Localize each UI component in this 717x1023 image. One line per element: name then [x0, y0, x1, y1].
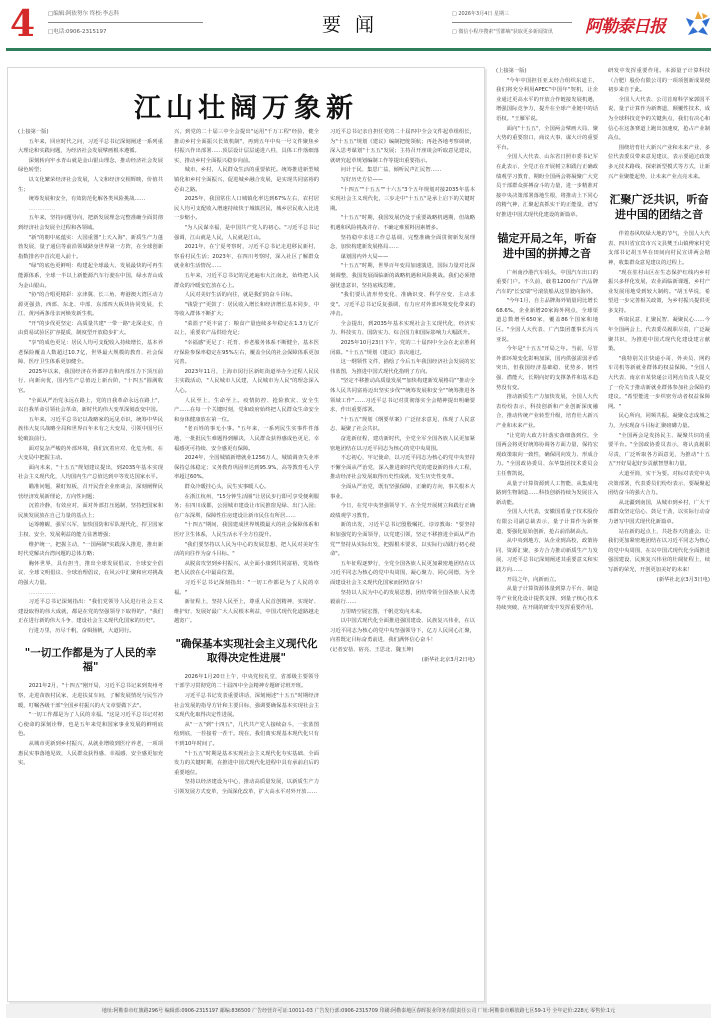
section-subheading: "一切工作都是为了人民的幸福": [18, 646, 163, 674]
paragraph: 面向未来，"十五五"规划建议提出，到2035年基本实现社会主义现代化，人均国内生…: [18, 464, 163, 483]
article-headline: 江山壮阔万象新: [8, 86, 484, 125]
paragraph: 2024年，全国城镇新增就业1256万人，城镇调查失业率保持总体稳定；义务教育巩…: [174, 454, 319, 483]
paragraph: 全国人大代表、公司首席科学家郭国平说，量子计算作为新赛道，颠覆性技术，成为全球科…: [608, 96, 710, 144]
paragraph: 今年是"十五五"开局之年。当前，尽管外部环境变化影响加深，国内供强需弱矛盾突出，…: [496, 345, 598, 393]
paragraph: ……………: [18, 589, 163, 599]
paragraph: 推动新质生产力加快发展，全国人大代表纷纷表示，科技创新和产业创新深度融合，推动传…: [496, 393, 598, 431]
paragraph: "新"的朝中底蕴实：大国重器"上天入海"，新质生产力蓬勃发展，量子通信等前沿领域…: [18, 234, 163, 263]
paragraph: 群众冷暖挂心头，民生实事暖人心。: [174, 483, 319, 493]
paragraph: 以中国式现代化全面推进强国建设、民族复兴伟业，在以习近平同志为核心的党中央坚强领…: [330, 617, 475, 646]
paragraph: 全国人大代表、山东省日照市委书记军在此表示，全党正在开展树立和践行正确政绩观学习…: [496, 153, 598, 220]
paragraph: 深刻转向牢水青山就是金山银山理念，推动经济社会发展绿色转型；: [18, 157, 163, 176]
paragraph: 研发中发挥重要作用。本源量子计算科技（合肥）股份有限公司的一项项创新成果便初步来…: [608, 67, 710, 96]
article-column-1: (上接第一版)五年来，回应时代之问，习近平总书记深刻阐述一系列重大理论和实践问题…: [18, 128, 163, 994]
paragraph: 坚持稳中求进工作总基调，完整准确全面贯彻新发展理念，加快构建新发展格局……: [330, 234, 475, 253]
paragraph: "开"的步伐更坚定：高质量共建"一带一路"走深走实，自由贸易试验区扩容提质，制度…: [18, 320, 163, 339]
footer-info: 地址:阿勒泰市红旗路296号 编辑部:0906-2315197 邮编:83650…: [6, 1004, 711, 1018]
paragraph: 面对复杂严峻的外部环境，我们沉着应对、化危为机，在大变局中把握主动。: [18, 445, 163, 464]
paragraph: "钱袋子"更鼓了：居民收入增长和经济增长基本同步，中等收入群体不断扩大；: [174, 301, 319, 320]
paragraph: 行进万里，历尽千帆，奋楫扬帆，大道同行。: [18, 627, 163, 637]
paragraph: 以文化繁荣经济社会发展，人文和经济交相辉映，价值共生；: [18, 176, 163, 195]
paragraph: 坚持以人民为中心的发展思想，团结带领全国各族人民勇毅前行……: [330, 589, 475, 608]
paragraph: "十四五"期间，我国建成世界规模最大的社会保障体系和医疗卫生体系，人民生活水平全…: [174, 521, 319, 540]
paragraph: 新的出发，习近平总书记殷殷嘱托，谆谆教诲："要坚持和加强党的全面领导，以党建引领…: [330, 521, 475, 559]
paragraph: 从量子计算资源体量到算力平台、制造等产业优化设计提供支撑，到量子核心技术持续突破…: [496, 585, 598, 614]
paragraph: 听取民意、汇聚民智、凝聚民心……今年全国两会上，代表委员履职尽责，广泛凝聚共识，…: [608, 316, 710, 354]
paragraph: 习近平总书记发表重要讲话，深刻阐述"十五五"时期经济社会发展的指导方针和主要目标…: [174, 692, 319, 721]
phone-line: □电话:0906-2315197: [48, 26, 203, 38]
paragraph: 站在新的起点上，共赴春天的盛会。让我们更加紧密地团结在以习近平同志为核心的党中央…: [608, 528, 710, 576]
paragraph: "一切工作都是为了人民的幸福。"这是习近平总书记对初心使命的深刻诠释，也是五年来…: [18, 711, 163, 740]
paragraph: 在浙江杭州，"15分钟生活圈"让居民步行即可享受便利服务；在四川成都，公园城市建…: [174, 493, 319, 522]
paragraph: "十五五"时期是基本实现社会主义现代化夯实基础、全面发力的关键时期，在推进中国式…: [174, 750, 319, 779]
newspaper-logo-text: 阿勒泰日报: [585, 12, 665, 37]
paragraph: "幸福感"更足了：托育、养老服务体系不断健全，基本医疗保险参保率稳定在95%左右…: [174, 339, 319, 368]
paragraph: "我们要坚持以人民为中心的发展思想，把人民对美好生活的向往作为奋斗目标。": [174, 541, 319, 560]
paragraph: 习近平总书记亲自担任党的二十届四中全会文件起草组组长，为"十五五"规划《建议》编…: [330, 128, 475, 166]
header-rule: [6, 48, 711, 51]
paragraph: "菜篮子"更丰富了：粮食产量连续多年稳定在1.3万亿斤以上，重要农产品供给充足；: [174, 320, 319, 339]
main-article: 江山壮阔万象新 (上接第一版)五年来，回应时代之问，习近平总书记深刻阐述一系列重…: [7, 67, 485, 1002]
paragraph: 从北疆到南国，从城市到乡村，广大干部群众坚定信心、鼓足干劲，以实际行动奋力谱写中…: [608, 499, 710, 528]
paragraph: 全国人大代表，安徽国盾量子技术股份有限公司副总裁表示，量子计算作为新赛道，要强化…: [496, 508, 598, 537]
paragraph: 全面从严治党，既有坚强保障，正确的方向，事关根本大事业。: [330, 483, 475, 502]
paragraph: 沉着冷静，有效应对，面对外部打压遏制，坚持把国家和民族发展放在自己力量的基点上；: [18, 502, 163, 521]
paragraph: "今年中国担任亚太经合组织东道主，我们将充分利用APEC"中国年"契机，让企业通…: [496, 77, 598, 125]
paragraph: "十五五"时期，世界百年变局加速演进，国际力量对比深刻调整，我国发展面临新的战略…: [330, 262, 475, 291]
paragraph: 五年征程逐梦行，全党全国各族人民更加紧密地团结在以习近平同志为核心的党中央周围，…: [330, 560, 475, 589]
article-column-2: 兴，到党的二十届三中全会提出"运用"千万工程"经验，健全推动乡村全面振兴长效机制…: [174, 128, 319, 994]
sidebar-column-1: (上接第一版)"今年中国担任亚太经合组织东道主，我们将充分利用APEC"中国年"…: [496, 67, 598, 1000]
paragraph: 谋划国内外大局——: [330, 253, 475, 263]
paragraph: 五年来，坚持问题导向，把新发展理念完整准确全面贯彻到经济社会发展全过程和各领域。: [18, 214, 163, 233]
paragraph: 五年来，习近平总书记以战略家的远见卓识，统筹中华民族伟大复兴战略全局和世界百年未…: [18, 416, 163, 445]
paragraph: 2025年以来，我国经济在外部冲击和内部压力下顶压前行、向新向优，国内生产总值迈…: [18, 368, 163, 397]
paragraph: 开局之年，向新而立。: [496, 576, 598, 586]
editor-line: □编辑:阿依努尔 终校:李志科: [48, 8, 203, 20]
paragraph: 人民至上，生命至上。疫情防控、抢险救灾、安全生产……在每一个关键时刻，党和政府始…: [174, 397, 319, 426]
paragraph: 从"一五"到"十四五"，几代共产党人接续奋斗，一张蓝图绘到底，一茬接着一茬干。现…: [174, 721, 319, 750]
section-subheading: 锚定开局之年，听奋进中国的拼搏之音: [496, 231, 598, 261]
paragraph: "十五五"规划《纲要草案》广泛征求意见，体现了人民意志、凝聚了社会共识。: [330, 416, 475, 435]
paragraph: 广州南沙港汽车码头，中国汽车出口的重要门户。不久前，载着1200台广汽品牌汽车的…: [496, 269, 598, 298]
paragraph: 从脱贫攻坚到乡村振兴，从全面小康到共同富裕，党始终把人民放在心中最高位置。: [174, 560, 319, 579]
paragraph: "我们要认清形势变化、准确识变、科学应变、主动求变"。习近平总书记反复强调，有力…: [330, 291, 475, 320]
paragraph: 万里晴空展宏图，千帆竞发向未来。: [330, 608, 475, 618]
paragraph: 围绕培育壮大新兴产业和未来产业，多位代表委员带来意见建议，表示要通过政策多元技术…: [608, 144, 710, 182]
date-line: □ 2026年3月4日 星期三: [452, 8, 572, 20]
paragraph: "享"的成色更足：居民人均可支配收入持续增长，基本养老保险覆盖人数超过10.7亿…: [18, 339, 163, 368]
masthead: 4 □编辑:阿依努尔 终校:李志科 □电话:0906-2315197 要闻 □ …: [0, 0, 717, 50]
paragraph: 民心所向，同频共振。凝聚众志成城之力，为实现奋斗目标汇聚磅礴力量。: [608, 412, 710, 431]
paragraph: "今年1月，自主品牌海外销量同比增长68.6%，企业新增20家海外网点，全球渠道…: [496, 297, 598, 345]
paragraph: 大道至简，实干为要。对标对表党中央决策部署，代表委员们纷纷表示，要凝聚起团结奋斗…: [608, 470, 710, 499]
divider: [452, 22, 572, 23]
paragraph: 胸怀世界，具有担当，推出全球发展倡议、全球安全倡议、全球文明倡议、全球治理倡议，…: [18, 560, 163, 589]
paragraph: 问计于民、集思广益，倾听民声汇民智……: [330, 166, 475, 176]
paragraph: 2025年，我国常住人口城镇化率达到67%左右，农村居民人均可支配收入增速持续快…: [174, 195, 319, 224]
paragraph: "十四五""十五五""十六五"3个五年规划对接2035年基本实现社会主义现代化，…: [330, 186, 475, 215]
section-title: 要闻: [322, 10, 388, 37]
paragraph: 维护统一，把握主动，"一国两制"实践深入推进，推出新时代党解决台湾问题的总体方略…: [18, 541, 163, 560]
paragraph: 不忘初心，牢记使命，以习近平同志为核心的党中央坚持不懈全面从严治党，深入推进新时…: [330, 454, 475, 483]
paragraph: 奋进新征程，建功新时代，全党全军全国各族人民更加紧密地团结在以习近平同志为核心的…: [330, 435, 475, 454]
editor-info: □编辑:阿依努尔 终校:李志科 □电话:0906-2315197: [48, 8, 203, 38]
paragraph: "老百姓的事无小事。"五年来，一系列民生实事件件落地，一批批民生难题得到解决，人…: [174, 425, 319, 454]
paragraph: 人民对美好生活的向往，就是我们的奋斗目标。: [174, 291, 319, 301]
paragraph: 从量子计算资源到人工智能，从集成电路到生物制造……科技创新持续为发展注入新动能。: [496, 480, 598, 509]
sidebar-column-2: 研发中发挥重要作用。本源量子计算科技（合肥）股份有限公司的一项项创新成果便初步来…: [608, 67, 710, 1000]
article-column-3: 习近平总书记亲自担任党的二十届四中全会文件起草组组长，为"十五五"规划《建议》编…: [330, 128, 475, 994]
paragraph: "现在驻村山区在生态保护红线内乡村振兴多样化发展，农业面临新课题，乡村产业发展用…: [608, 269, 710, 317]
paragraph: 兴，到党的二十届三中全会提出"运用"千万工程"经验，健全推动乡村全面振兴长效机制…: [174, 128, 319, 166]
paragraph: 伴着春风吹绿大地的节气，全国人大代表、四川省宜宾市兴文县僰王山镇傅家村党支部书记…: [608, 230, 710, 268]
paragraph: (记者安蓓、宿亮、王思北、魏玉坤): [330, 646, 475, 656]
paragraph: 五年来，习近平总书记的足迹遍布大江南北，始终把人民群众的冷暖安危放在心上。: [174, 272, 319, 291]
date-info: □ 2026年3月4日 星期三 □ 微信小程序搜索"雪都嘀"获取更多新闻资讯: [452, 8, 572, 38]
paragraph: 城市，乡村，人民群众生活的重要依托。统筹推进新型城镇化和乡村全面振兴，促进城乡融…: [174, 166, 319, 195]
page-number: 4: [10, 4, 35, 44]
paragraph: "全面从严治党永远在路上，党的自我革命永远在路上"，以自我革命引领社会革命，新时…: [18, 397, 163, 416]
paragraph: "绿"的底色更鲜明：构建起全球最大、发展最快的可再生能源体系，全球一半以上新能源…: [18, 262, 163, 291]
paragraph: 习近平总书记深刻指出："一切工作都是为了人民的幸福。": [174, 579, 319, 598]
paragraph: 坚持以经济建设为中心，推动高质量发展，以新质生产力引领发展方式变革，全面深化改革…: [174, 778, 319, 797]
paragraph: 2023年11月，上海市闵行区新虹街道举办全过程人民民主实践活动，"人民城市人民…: [174, 368, 319, 397]
paragraph: 2021年，在宁夏考察时，习近平总书记走进移民新村，察看村民生活；2023年，在…: [174, 243, 319, 272]
paragraph: 习近平总书记深刻指出："我们党领导人民进行社会主义建设取得的伟大成就，都是在党的…: [18, 598, 163, 627]
paragraph: 2026年1月20日上午，中央党校礼堂，省部级主要领导干部学习贯彻党的二十届四中…: [174, 673, 319, 692]
paragraph: "协"的合唱更精彩：京津冀、长三角、粤港澳大湾区动力源更强劲，西部、东北、中部、…: [18, 291, 163, 320]
paragraph: (上接第一版): [18, 128, 163, 138]
paragraph: 这一纲领性文件，描绘了今后五年我国经济社会发展的宏伟蓝图，为推进中国式现代化指明…: [330, 358, 475, 377]
paragraph: "十五五"时期，我国发展仍处于重要战略机遇期，但战略机遇和风险挑战并存、不确定难…: [330, 214, 475, 233]
wechat-line: □ 微信小程序搜索"雪都嘀"获取更多新闻资讯: [452, 26, 572, 38]
paragraph: (上接第一版): [496, 67, 598, 77]
paragraph: "为人民谋幸福，是中国共产党人的初心。"习近平总书记强调，江山就是人民，人民就是…: [174, 224, 319, 243]
paragraph: 今日，在党中央坚强领导下，在全党开展树立和践行正确政绩观学习教育。: [330, 502, 475, 521]
paragraph: 面向"十五五"，全国两会擘画大局、聚大势的重要窗口，商议大事、谋大计的重要平台。: [496, 125, 598, 154]
paragraph: 全会提出，到2035年基本实现社会主义现代化，经济实力、科技实力、国防实力、综合…: [330, 320, 475, 339]
paragraph: 五年来，回应时代之问，习近平总书记深刻阐述一系列重大理论和实践问题，为经济社会发…: [18, 138, 163, 157]
paragraph: 统筹发展和安全，有效防范化解各类风险挑战……: [18, 195, 163, 205]
paragraph: 写好历史方位——: [330, 176, 475, 186]
divider: [48, 22, 203, 23]
paragraph: (新华社北京3月3日电): [608, 576, 710, 586]
paragraph: 瞄准问题，紧盯短板，召开民营企业座谈会，深刻阐释民营经济发展新理论，方向性问题；: [18, 483, 163, 502]
paragraph: "全国两会是发扬民主、凝聚共识的重要平台。"全国政协委员表示，将认真履职尽责，广…: [608, 432, 710, 470]
paragraph: "让党的大政方针落实落细落到位，全国两会将更好统筹协调各方面力量，保持宏观政策取…: [496, 432, 598, 480]
paragraph: 从中央到地方，从企业到高校，政策协同、资源汇聚，多方合力推动新质生产力发展，习近…: [496, 537, 598, 575]
paragraph: 从城市更新到乡村振兴，从就业增收到医疗养老，一项项惠民实事落地见效，人民群众获得…: [18, 740, 163, 769]
section-subheading: 汇聚广泛共识，听奋进中国的团结之音: [608, 192, 710, 222]
section-subheading: "确保基本实现社会主义现代化取得决定性进展": [174, 637, 319, 665]
paragraph: ……………: [18, 205, 163, 215]
paragraph: 2021年2月，"十四五"刚开局，习近平总书记来到贵州考察，走进苗族村民家，走进…: [18, 682, 163, 711]
paragraph: "坚定不移推动高质量发展""加快构建新发展格局""推动全体人民共同富裕迈出坚实步…: [330, 377, 475, 415]
paragraph: 2025年10月23日下午，党的二十届四中全会在北京胜利闭幕。"十五五"规划《建…: [330, 339, 475, 358]
paragraph: (新华社北京3月2日电): [330, 656, 475, 666]
paragraph: 新征程上，坚持人民至上，尊重人民首创精神，实现好、维护好、发展好最广大人民根本利…: [174, 598, 319, 627]
paragraph: "我特别关注快递小哥、外卖员、网约车司机等新就业群体的权益保障。"全国人大代表、…: [608, 355, 710, 413]
newspaper-logo-icon: [684, 10, 712, 38]
paragraph: 运筹帷幄，强军兴军，加快国防和军队现代化，捍卫国家主权、安全、发展利益的能力显著…: [18, 521, 163, 540]
